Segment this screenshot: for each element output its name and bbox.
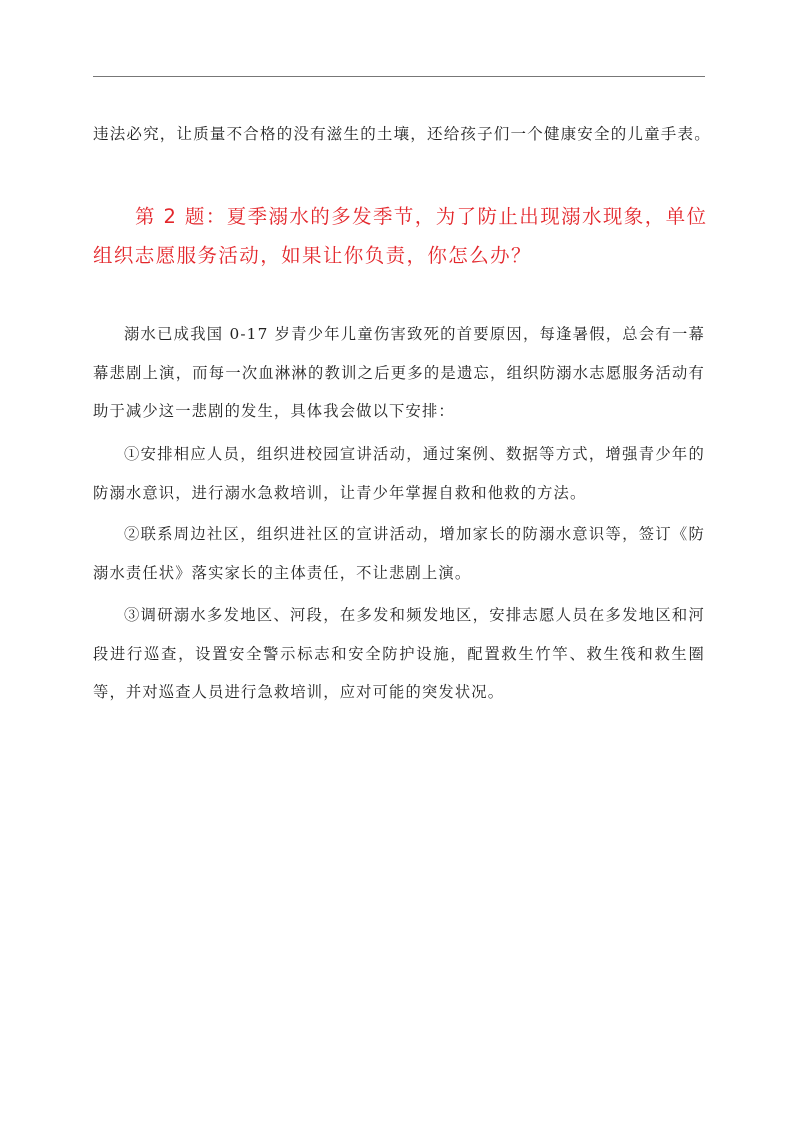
carryover-line: 违法必究，让质量不合格的没有滋生的土壤，还给孩子们一个健康安全的儿童手表。	[93, 122, 713, 144]
answer-point-2: ②联系周边社区，组织进社区的宣讲活动，增加家长的防溺水意识等，签订《防溺水责任状…	[93, 515, 705, 592]
answer-point-3: ③调研溺水多发地区、河段，在多发和频发地区，安排志愿人员在多发地区和河段进行巡查…	[93, 596, 705, 712]
answer-intro-paragraph: 溺水已成我国 0-17 岁青少年儿童伤害致死的首要原因，每逢暑假，总会有一幕幕悲…	[93, 315, 705, 431]
answer-point-1: ①安排相应人员，组织进校园宣讲活动，通过案例、数据等方式，增强青少年的防溺水意识…	[93, 435, 705, 512]
header-rule	[93, 76, 705, 77]
question-heading: 第 2 题：夏季溺水的多发季节，为了防止出现溺水现象，单位组织志愿服务活动，如果…	[93, 197, 711, 275]
